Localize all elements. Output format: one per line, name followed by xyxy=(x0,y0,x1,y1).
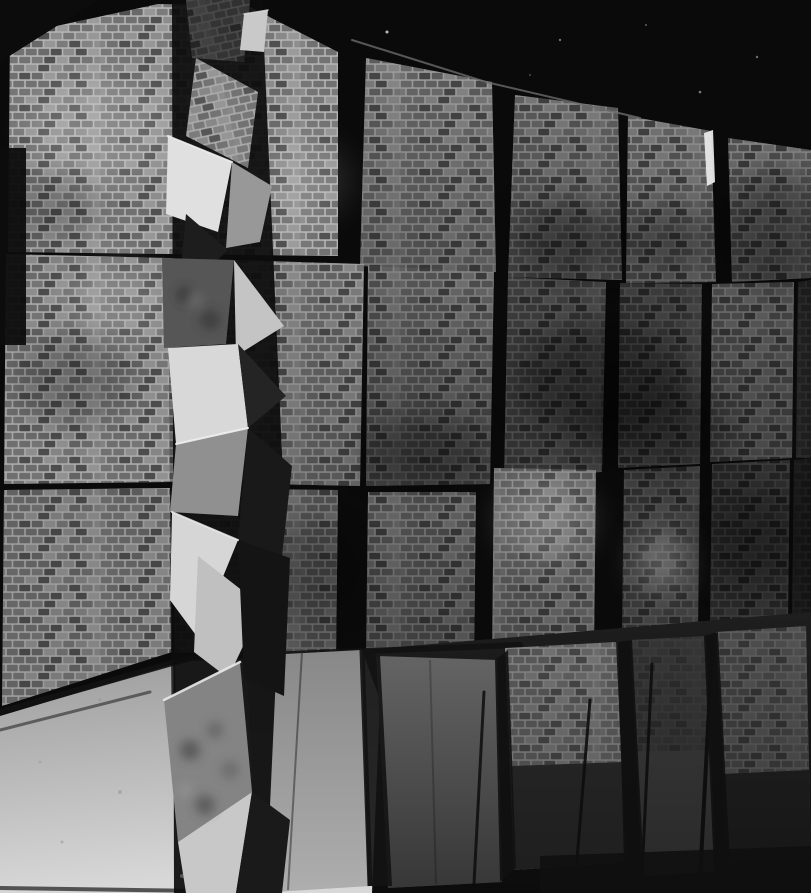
speck xyxy=(529,74,531,76)
speck xyxy=(99,699,102,702)
speck xyxy=(756,56,758,58)
shard-face xyxy=(238,540,290,696)
wall-panel-f2 xyxy=(366,492,476,664)
mirror-shade xyxy=(716,626,811,862)
tone-cloud xyxy=(10,335,130,425)
speck xyxy=(39,761,42,764)
mirror-shard-s15 xyxy=(238,540,290,696)
shard-mottle xyxy=(221,761,239,779)
mirror-shade xyxy=(505,642,626,870)
speck xyxy=(386,31,389,34)
photograph xyxy=(0,0,811,893)
tone-cloud xyxy=(70,260,170,340)
shard-brick-reflection xyxy=(186,0,250,62)
speck xyxy=(180,874,184,878)
tone-cloud xyxy=(636,530,688,590)
wall-panel-a2 xyxy=(360,58,496,272)
speck xyxy=(118,790,122,794)
speck xyxy=(699,91,702,94)
tone-cloud xyxy=(360,415,490,485)
wall-panel-e6 xyxy=(796,280,811,458)
shard-face xyxy=(240,10,268,52)
photo-canvas xyxy=(0,0,811,893)
panel-shade xyxy=(366,492,476,664)
left-edge-strip xyxy=(0,148,26,345)
shard-mottle xyxy=(177,782,193,798)
tone-cloud xyxy=(30,75,170,185)
tone-cloud xyxy=(500,480,590,560)
speck xyxy=(645,24,647,26)
speck xyxy=(607,121,609,123)
tone-cloud xyxy=(510,200,620,280)
leaning-mirror-l5 xyxy=(716,626,811,862)
shard-mottle xyxy=(207,722,223,738)
shard-mottle xyxy=(180,740,200,760)
speck xyxy=(559,39,561,41)
tone-cloud xyxy=(700,490,800,590)
leaning-mirror-l3 xyxy=(505,642,626,870)
shard-face xyxy=(168,344,248,444)
panel-shade xyxy=(360,58,496,272)
tone-cloud xyxy=(615,205,715,275)
mirror-shard-s0 xyxy=(186,0,250,62)
speck xyxy=(61,841,64,844)
mirror-shard-s2 xyxy=(240,10,268,52)
shard-mottle xyxy=(200,310,220,330)
shard-mottle xyxy=(195,795,215,815)
mirror-shard-s9 xyxy=(168,344,248,444)
shard-mottle xyxy=(186,291,204,309)
panel-bricks xyxy=(796,280,811,458)
tone-cloud xyxy=(590,385,730,475)
